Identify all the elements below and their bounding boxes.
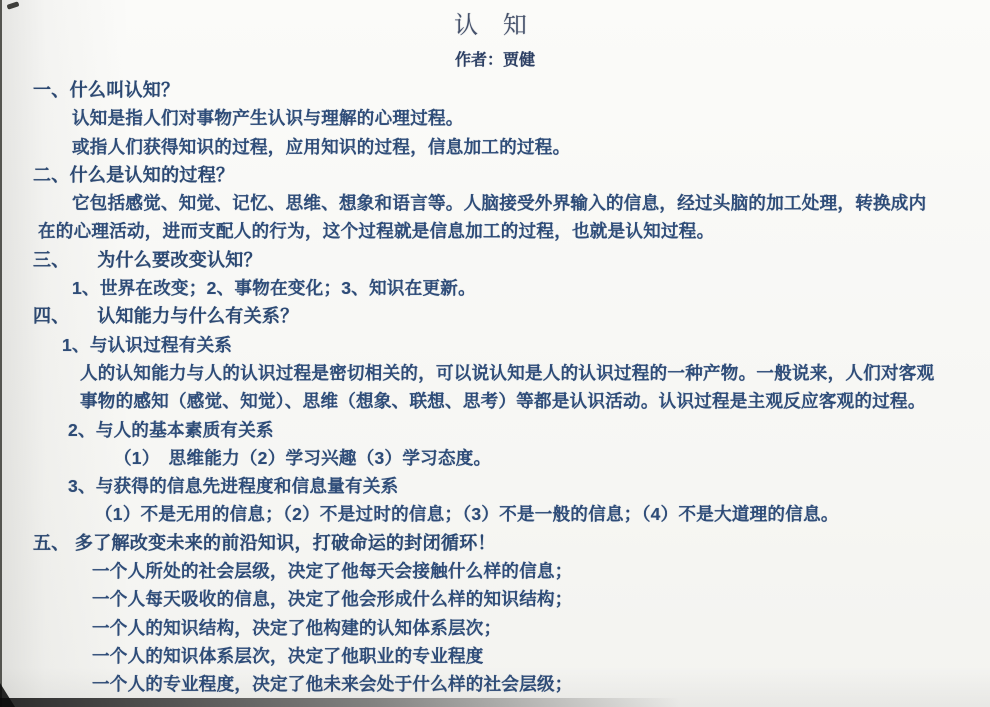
document-line: 三、 为什么要改变认知？: [0, 246, 990, 274]
document-line: 1、世界在改变；2、事物在变化；3、知识在更新。: [0, 274, 990, 302]
document-line: 五、 多了解改变未来的前沿知识，打破命运的封闭循环！: [0, 529, 990, 557]
document-line: 它包括感觉、知觉、记忆、思维、想象和语言等。人脑接受外界输入的信息，经过头脑的加…: [0, 189, 990, 217]
document-line: 认知是指人们对事物产生认识与理解的心理过程。: [0, 104, 990, 132]
bottom-left-corner-shadow: [0, 683, 15, 707]
page-left-edge-shadow: [0, 0, 2, 707]
document-line: （1） 思维能力（2）学习兴趣（3）学习态度。: [0, 444, 990, 472]
document-line: 3、与获得的信息先进程度和信息量有关系: [0, 472, 990, 500]
document-page: 认 知 作者：贾健 一、什么叫认知？认知是指人们对事物产生认识与理解的心理过程。…: [0, 0, 990, 707]
document-line: 一、什么叫认知？: [0, 76, 990, 104]
document-author: 作者：贾健: [0, 47, 990, 70]
document-line: 一个人的知识结构，决定了他构建的认知体系层次；: [0, 614, 990, 642]
document-line: 一个人的专业程度，决定了他未来会处于什么样的社会层级；: [0, 670, 990, 698]
document-line: 2、与人的基本素质有关系: [0, 416, 990, 444]
document-line: 在的心理活动，进而支配人的行为，这个过程就是信息加工的过程，也就是认知过程。: [0, 217, 990, 245]
document-line: 1、与认识过程有关系: [0, 331, 990, 359]
document-line: 事物的感知（感觉、知觉）、思维（想象、联想、思考）等都是认识活动。认识过程是主观…: [0, 387, 990, 415]
document-line: 一个人所处的社会层级，决定了他每天会接触什么样的信息；: [0, 557, 990, 585]
document-line: 或指人们获得知识的过程，应用知识的过程，信息加工的过程。: [0, 133, 990, 161]
document-line: 一个人每天吸收的信息，决定了他会形成什么样的知识结构；: [0, 585, 990, 613]
bottom-edge-shadow: [0, 698, 680, 707]
document-line: 四、 认知能力与什么有关系？: [0, 302, 990, 330]
document-line: （1）不是无用的信息；（2）不是过时的信息；（3）不是一般的信息；（4）不是大道…: [0, 500, 990, 528]
document-line: 二、什么是认知的过程？: [0, 161, 990, 189]
document-body: 一、什么叫认知？认知是指人们对事物产生认识与理解的心理过程。或指人们获得知识的过…: [0, 76, 990, 699]
document-line: 人的认知能力与人的认识过程是密切相关的，可以说认知是人的认识过程的一种产物。一般…: [0, 359, 990, 387]
document-title: 认 知: [0, 5, 990, 40]
document-line: 一个人的知识体系层次，决定了他职业的专业程度: [0, 642, 990, 670]
